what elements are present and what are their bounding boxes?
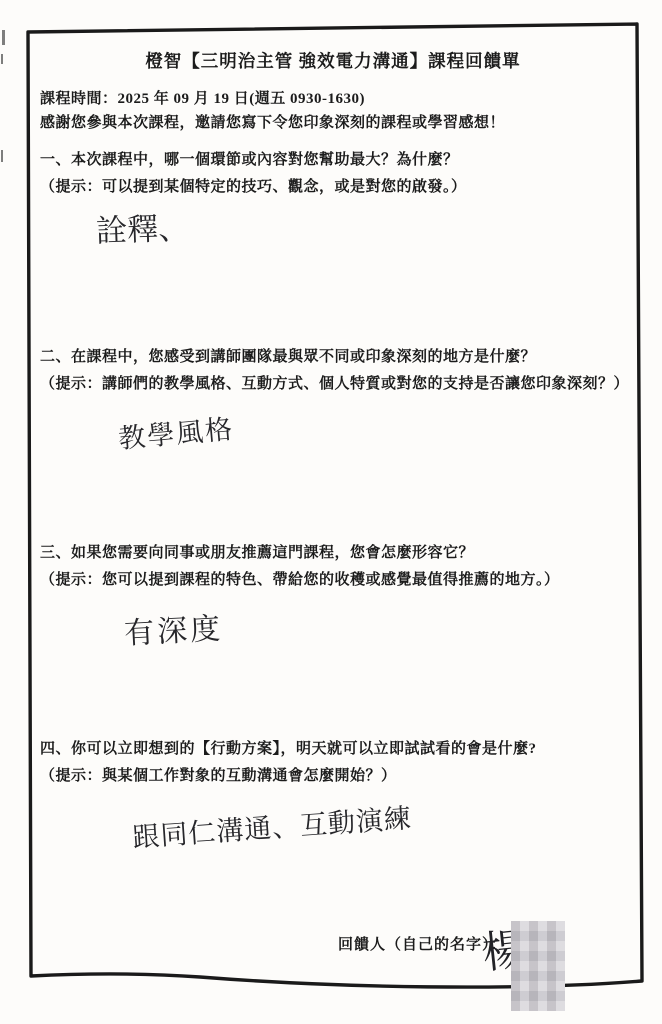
handwritten-answer-3: 有深度 bbox=[123, 603, 224, 652]
question-3-text: 三、如果您需要向同事或朋友推薦這門課程，您會怎麼形容它？ bbox=[40, 541, 630, 562]
scan-edge-artifact bbox=[2, 30, 5, 45]
redaction-blur bbox=[511, 921, 565, 1011]
question-4: 四、你可以立即想到的【行動方案】，明天就可以立即試試看的會是什麼? （提示：與某… bbox=[40, 737, 630, 785]
intro-text: 感謝您參與本次課程，邀請您寫下令您印象深刻的課程或學習感想！ bbox=[40, 111, 628, 132]
course-time-text: 課程時間：2025 年 09 月 19 日(週五 0930-1630) bbox=[40, 87, 628, 108]
form-title: 橙智【三明治主管 強效電力溝通】課程回饋單 bbox=[30, 48, 636, 73]
handwritten-answer-2: 教學風格 bbox=[117, 407, 236, 456]
question-2-text: 二、在課程中，您感受到講師團隊最與眾不同或印象深刻的地方是什麼？ bbox=[40, 345, 630, 366]
question-2-hint: （提示：講師們的教學風格、互動方式、個人特質或對您的支持是否讓您印象深刻？） bbox=[40, 372, 630, 393]
question-4-hint: （提示：與某個工作對象的互動溝通會怎麼開始？） bbox=[40, 764, 630, 785]
question-1-hint: （提示：可以提到某個特定的技巧、觀念，或是對您的啟發。） bbox=[40, 175, 630, 196]
handwritten-answer-4: 跟同仁溝通、互動演練 bbox=[131, 796, 413, 854]
question-3-hint: （提示：您可以提到課程的特色、帶給您的收穫或感覺最值得推薦的地方。） bbox=[40, 568, 630, 589]
scan-edge-artifact bbox=[1, 54, 3, 64]
question-1-text: 一、本次課程中，哪一個環節或內容對您幫助最大？為什麼？ bbox=[40, 148, 630, 169]
question-2: 二、在課程中，您感受到講師團隊最與眾不同或印象深刻的地方是什麼？ （提示：講師們… bbox=[40, 345, 630, 393]
question-4-text: 四、你可以立即想到的【行動方案】，明天就可以立即試試看的會是什麼? bbox=[40, 737, 630, 758]
handwritten-answer-1: 詮釋、 bbox=[95, 202, 190, 250]
question-1: 一、本次課程中，哪一個環節或內容對您幫助最大？為什麼？ （提示：可以提到某個特定… bbox=[40, 148, 630, 196]
question-3: 三、如果您需要向同事或朋友推薦這門課程，您會怎麼形容它？ （提示：您可以提到課程… bbox=[40, 541, 630, 589]
scan-edge-artifact bbox=[1, 150, 3, 162]
feedback-form-page: 橙智【三明治主管 強效電力溝通】課程回饋單 課程時間：2025 年 09 月 1… bbox=[0, 0, 662, 1024]
